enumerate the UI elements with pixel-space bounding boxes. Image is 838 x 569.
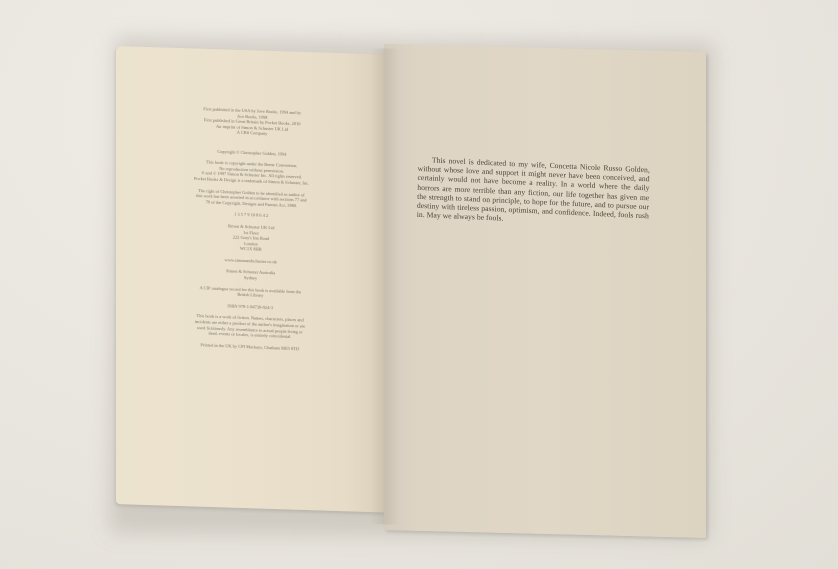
publisher-website: www.simonandschuster.co.uk: [225, 257, 277, 264]
printing-number-line: 1 3 5 7 9 10 8 6 4 2: [234, 212, 268, 218]
book-spine-gutter: [370, 48, 400, 525]
copyright-line: A CBS Company: [237, 130, 268, 136]
dedication-text: This novel is dedicated to my wife, Conc…: [417, 154, 650, 229]
open-book: First published in the USA by Jove Books…: [0, 0, 838, 569]
copyright-notice: Copyright © Christopher Golden, 1994: [217, 148, 286, 156]
left-page-copyright: First published in the USA by Jove Books…: [116, 46, 386, 512]
publisher-address-line: WC1X 8HB: [240, 246, 262, 252]
isbn-line: ISBN 978-1-84739-924-3: [227, 303, 273, 310]
book-photo-scene: First published in the USA by Jove Books…: [0, 0, 838, 569]
copyright-text-block: First published in the USA by Jove Books…: [165, 105, 338, 359]
right-page-dedication: This novel is dedicated to my wife, Conc…: [384, 44, 706, 538]
cip-line: British Library: [237, 292, 263, 298]
publisher-australia-line: Sydney: [244, 275, 257, 281]
printer-line: Printed in the UK by CPI Mackays, Chatha…: [200, 342, 299, 351]
